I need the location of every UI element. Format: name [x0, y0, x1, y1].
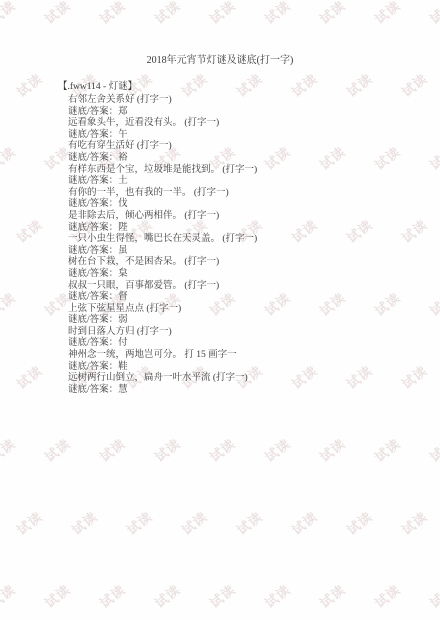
riddle-question: 上弦下弦星星点点 (打字一)	[68, 304, 440, 316]
watermark-text: 试读	[150, 433, 184, 465]
document-title: 2018年元宵节灯谜及谜底(打一字)	[0, 0, 440, 67]
answer-character: 陛	[118, 223, 128, 233]
watermark-text: 试读	[232, 506, 266, 538]
riddle-item: 有吃有穿生活好 (打字一)谜底/答案：裕	[68, 141, 440, 164]
riddle-item: 有你的一半，也有我的一半。 (打字一)谜底/答案：伐	[68, 188, 440, 211]
watermark-text: 试读	[0, 433, 19, 465]
answer-character: 郑	[118, 107, 128, 117]
riddle-item: 有样东西是个宝，垃圾堆是能找到。 (打字一)谜底/答案：土	[68, 165, 440, 188]
answer-prefix: 谜底/答案：	[68, 107, 118, 117]
watermark-text: 试读	[95, 433, 129, 465]
riddle-question: 神州念一统，两地岂可分。 打 15 画字一	[68, 350, 440, 362]
riddle-answer: 谜底/答案：土	[68, 176, 440, 188]
riddle-question: 叔叔一只眼，百事都爱管。 (打字一)	[68, 281, 440, 293]
answer-character: 午	[118, 130, 128, 140]
watermark-text: 试读	[370, 579, 404, 611]
watermark-text: 试读	[370, 433, 404, 465]
watermark-text: 试读	[40, 579, 74, 611]
riddle-question: 有吃有穿生活好 (打字一)	[68, 141, 440, 153]
answer-character: 弱	[118, 315, 128, 325]
answer-character: 伐	[118, 199, 128, 209]
riddle-question: 远看象头牛，近看没有头。 (打字一)	[68, 118, 440, 130]
answer-character: 土	[118, 176, 128, 186]
riddle-item: 时到日落人方归 (打字一)谜底/答案：付	[68, 327, 440, 350]
answer-character: 鞋	[118, 362, 128, 372]
riddle-item: 右邻左舍关系好 (打字一)谜底/答案：郑	[68, 95, 440, 118]
watermark-text: 试读	[425, 579, 440, 611]
riddle-answer: 谜底/答案：伐	[68, 199, 440, 211]
answer-prefix: 谜底/答案：	[68, 315, 118, 325]
watermark-text: 试读	[315, 579, 349, 611]
watermark-text: 试读	[287, 506, 321, 538]
answer-prefix: 谜底/答案：	[68, 246, 118, 256]
watermark-text: 试读	[150, 579, 184, 611]
watermark-text: 试读	[122, 506, 156, 538]
riddle-item: 远看象头牛，近看没有头。 (打字一)谜底/答案：午	[68, 118, 440, 141]
answer-prefix: 谜底/答案：	[68, 385, 118, 395]
answer-prefix: 谜底/答案：	[68, 338, 118, 348]
riddle-answer: 谜底/答案：弱	[68, 315, 440, 327]
riddle-question: 是非除去后，倾心两相伴。 (打字一)	[68, 211, 440, 223]
watermark-text: 试读	[67, 506, 101, 538]
watermark-text: 试读	[0, 579, 19, 611]
riddle-answer: 谜底/答案：郑	[68, 107, 440, 119]
riddle-item: 一只小虫生得怪，嘴巴长在天灵盖。 (打字一)谜底/答案：虽	[68, 234, 440, 257]
watermark-text: 试读	[260, 579, 294, 611]
riddle-question: 有样东西是个宝，垃圾堆是能找到。 (打字一)	[68, 165, 440, 177]
riddle-item: 上弦下弦星星点点 (打字一)谜底/答案：弱	[68, 304, 440, 327]
riddle-answer: 谜底/答案：鞋	[68, 362, 440, 374]
riddle-answer: 谜底/答案：虽	[68, 246, 440, 258]
document-page: 试读试读试读试读试读试读试读试读试读试读试读试读试读试读试读试读试读试读试读试读…	[0, 0, 440, 620]
riddle-answer: 谜底/答案：督	[68, 292, 440, 304]
riddle-answer: 谜底/答案：午	[68, 130, 440, 142]
riddle-item: 树在台下栽，不是困杏呆。 (打字一)谜底/答案：枲	[68, 257, 440, 280]
watermark-text: 试读	[205, 579, 239, 611]
riddle-answer: 谜底/答案：枲	[68, 269, 440, 281]
answer-prefix: 谜底/答案：	[68, 362, 118, 372]
riddle-question: 有你的一半，也有我的一半。 (打字一)	[68, 188, 440, 200]
watermark-text: 试读	[315, 433, 349, 465]
answer-prefix: 谜底/答案：	[68, 153, 118, 163]
riddle-answer: 谜底/答案：付	[68, 338, 440, 350]
watermark-text: 试读	[397, 506, 431, 538]
answer-character: 付	[118, 338, 128, 348]
riddle-item: 神州念一统，两地岂可分。 打 15 画字一谜底/答案：鞋	[68, 350, 440, 373]
answer-character: 虽	[118, 246, 128, 256]
document-content: 2018年元宵节灯谜及谜底(打一字) 【.fww114 - 灯谜】 右邻左舍关系…	[0, 0, 440, 396]
riddle-question: 时到日落人方归 (打字一)	[68, 327, 440, 339]
riddle-item: 是非除去后，倾心两相伴。 (打字一)谜底/答案：陛	[68, 211, 440, 234]
watermark-text: 试读	[12, 506, 46, 538]
answer-prefix: 谜底/答案：	[68, 269, 118, 279]
riddle-question: 一只小虫生得怪，嘴巴长在天灵盖。 (打字一)	[68, 234, 440, 246]
riddle-question: 树在台下栽，不是困杏呆。 (打字一)	[68, 257, 440, 269]
riddle-answer: 谜底/答案：陛	[68, 223, 440, 235]
section-header: 【.fww114 - 灯谜】	[58, 81, 440, 93]
answer-character: 枲	[118, 269, 128, 279]
watermark-text: 试读	[425, 433, 440, 465]
answer-prefix: 谜底/答案：	[68, 176, 118, 186]
watermark-text: 试读	[342, 506, 376, 538]
watermark-text: 试读	[205, 433, 239, 465]
answer-character: 裕	[118, 153, 128, 163]
answer-prefix: 谜底/答案：	[68, 223, 118, 233]
riddle-list: 右邻左舍关系好 (打字一)谜底/答案：郑远看象头牛，近看没有头。 (打字一)谜底…	[68, 95, 440, 396]
riddle-answer: 谜底/答案：慧	[68, 385, 440, 397]
riddle-item: 远树两行山倒立，扁舟一叶水平流 (打字一)谜底/答案：慧	[68, 373, 440, 396]
riddle-answer: 谜底/答案：裕	[68, 153, 440, 165]
answer-character: 督	[118, 292, 128, 302]
watermark-text: 试读	[95, 579, 129, 611]
answer-character: 慧	[118, 385, 128, 395]
answer-prefix: 谜底/答案：	[68, 292, 118, 302]
answer-prefix: 谜底/答案：	[68, 199, 118, 209]
riddle-item: 叔叔一只眼，百事都爱管。 (打字一)谜底/答案：督	[68, 281, 440, 304]
riddle-question: 右邻左舍关系好 (打字一)	[68, 95, 440, 107]
answer-prefix: 谜底/答案：	[68, 130, 118, 140]
watermark-text: 试读	[260, 433, 294, 465]
riddle-question: 远树两行山倒立，扁舟一叶水平流 (打字一)	[68, 373, 440, 385]
watermark-text: 试读	[40, 433, 74, 465]
watermark-text: 试读	[177, 506, 211, 538]
